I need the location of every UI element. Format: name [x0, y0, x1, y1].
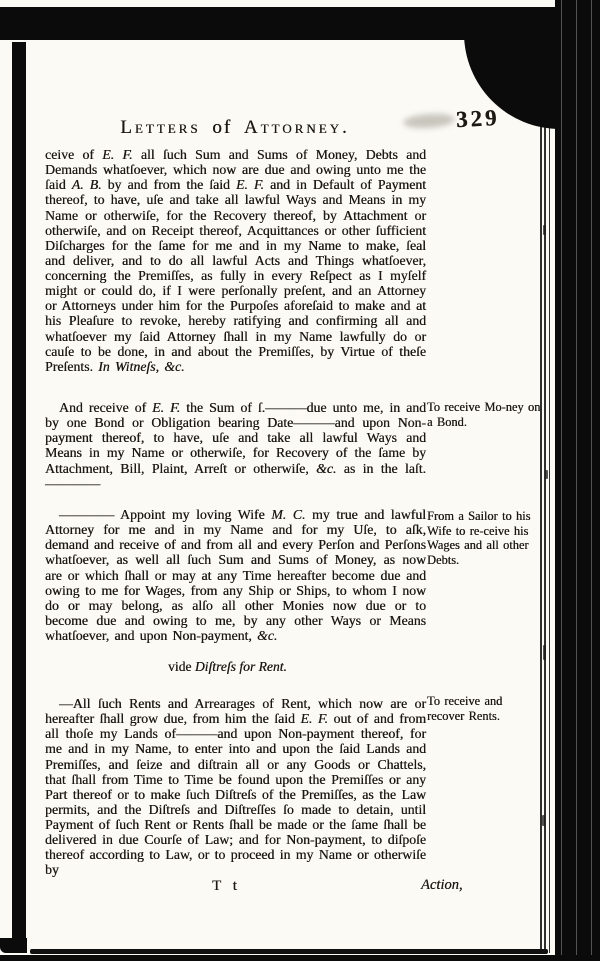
- page-title: Letters of Attorney.: [45, 117, 425, 139]
- scan-speck: [543, 645, 546, 660]
- scan-border-bottom-line: [30, 949, 548, 954]
- page-edge-streaks: [540, 125, 555, 953]
- scan-border-left: [12, 42, 26, 942]
- scan-border-bottom: [0, 955, 600, 961]
- margin-note-sailor: From a Sailor to his Wife to re-ceive hi…: [427, 509, 541, 568]
- scan-border-right: [555, 0, 600, 961]
- legal-paragraph-bond: And receive of E. F. the Sum of ſ.———due…: [45, 400, 426, 491]
- cross-reference-line: vide Diſtreſs for Rent.: [168, 659, 287, 675]
- scan-speck: [542, 815, 545, 826]
- margin-note-rents: To receive and recover Rents.: [427, 694, 541, 723]
- margin-note-bond: To receive Mo-ney on a Bond.: [427, 400, 541, 429]
- legal-paragraph-continuation: ceive of E. F. all ſuch Sum and Sums of …: [45, 147, 426, 374]
- scan-speck: [543, 225, 546, 235]
- page-number: 329: [455, 105, 500, 133]
- legal-paragraph-sailor: ———— Appoint my loving Wife M. C. my tru…: [45, 507, 426, 643]
- catchword: Action,: [421, 877, 462, 894]
- signature-mark: T t: [212, 878, 241, 895]
- scan-border-left-hook: [0, 938, 27, 953]
- legal-paragraph-rents: —All ſuch Rents and Arrearages of Rent, …: [45, 696, 426, 878]
- scan-speck: [545, 470, 548, 479]
